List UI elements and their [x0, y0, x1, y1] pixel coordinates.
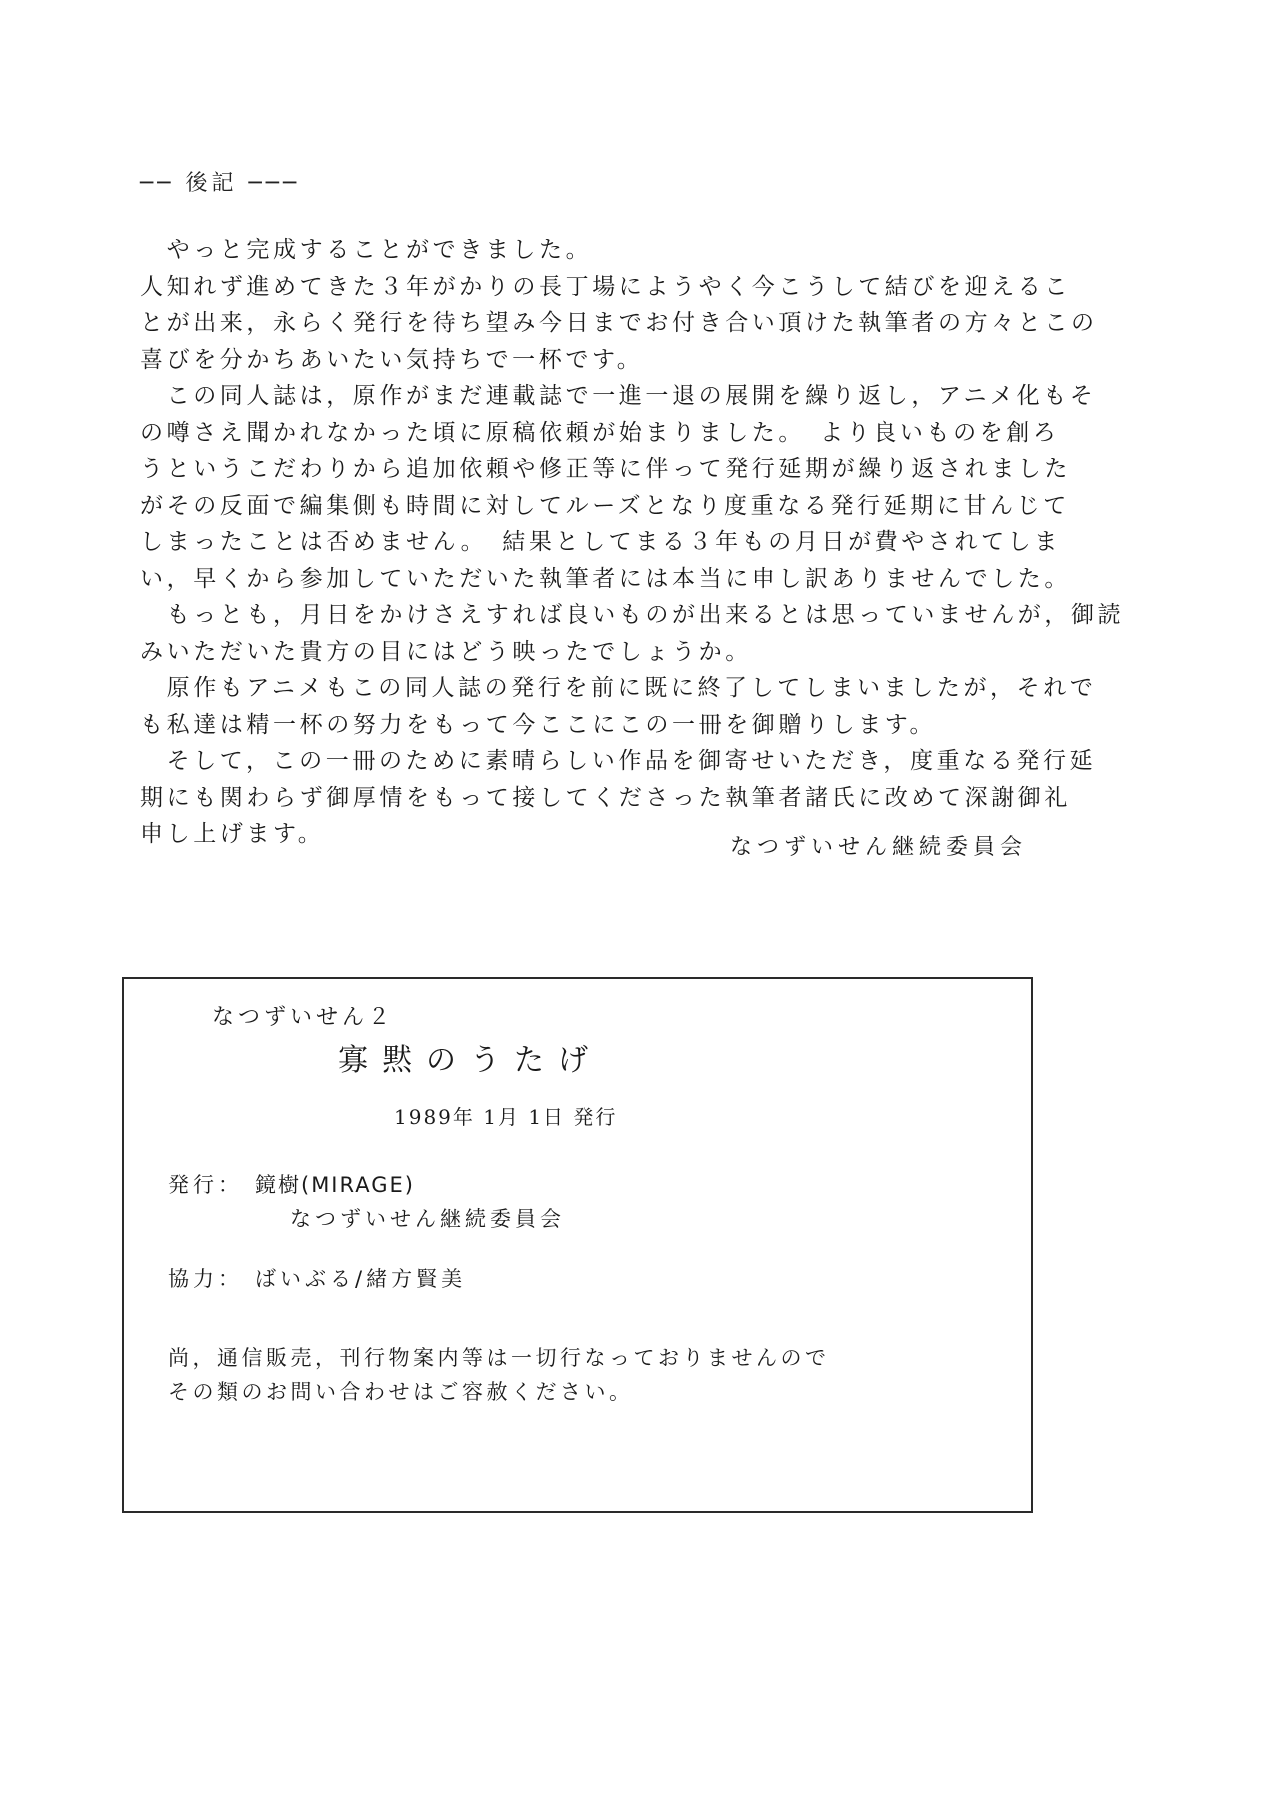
book-title: 寡黙のうたげ	[338, 1035, 602, 1079]
document-page: ── 後記 ─── やっと完成することができました。 人知れず進めてきた３年がか…	[0, 0, 1280, 1819]
afterword-heading: ── 後記 ───	[140, 166, 300, 197]
body-line: そして，この一冊のために素晴らしい作品を御寄せいただき，度重なる発行延	[140, 743, 1220, 780]
series-name: なつずいせん２	[212, 1000, 394, 1031]
notice-text: 尚，通信販売，刊行物案内等は一切行なっておりませんので その類のお問い合わせはご…	[168, 1341, 830, 1409]
colophon-box: なつずいせん２ 寡黙のうたげ 1989年 1月 1日 発行 発行： 鏡樹(MIR…	[122, 977, 1033, 1513]
publisher-committee: なつずいせん継続委員会	[290, 1203, 565, 1233]
body-line: みいただいた貴方の目にはどう映ったでしょうか。	[140, 634, 1220, 671]
body-line: 期にも関わらず御厚情をもって接してくださった執筆者諸氏に改めて深謝御礼	[140, 780, 1220, 817]
body-line: も私達は精一杯の努力をもって今ここにこの一冊を御贈りします。	[140, 707, 1220, 744]
afterword-body: やっと完成することができました。 人知れず進めてきた３年がかりの長丁場にようやく…	[140, 232, 1220, 853]
body-line: 原作もアニメもこの同人誌の発行を前に既に終了してしまいましたが，それで	[140, 670, 1220, 707]
body-line: 人知れず進めてきた３年がかりの長丁場にようやく今こうして結びを迎えるこ	[140, 269, 1220, 306]
notice-line: 尚，通信販売，刊行物案内等は一切行なっておりませんので	[168, 1341, 830, 1375]
notice-line: その類のお問い合わせはご容赦ください。	[168, 1375, 830, 1409]
body-line: がその反面で編集側も時間に対してルーズとなり度重なる発行延期に甘んじて	[140, 488, 1220, 525]
body-line: うというこだわりから追加依頼や修正等に伴って発行延期が繰り返されました	[140, 451, 1220, 488]
body-line: 申し上げます。	[140, 816, 1220, 853]
publisher-label: 発行：	[168, 1169, 243, 1199]
body-line: の噂さえ聞かれなかった頃に原稿依頼が始まりました。 より良いものを創ろ	[140, 415, 1220, 452]
afterword-signature: なつずいせん継続委員会	[730, 830, 1027, 861]
publication-date: 1989年 1月 1日 発行	[394, 1101, 617, 1130]
body-line: この同人誌は，原作がまだ連載誌で一進一退の展開を繰り返し，アニメ化もそ	[140, 378, 1220, 415]
body-line: しまったことは否めません。 結果としてまる３年もの月日が費やされてしま	[140, 524, 1220, 561]
cooperation-label: 協力：	[168, 1263, 243, 1293]
body-line: やっと完成することができました。	[140, 232, 1220, 269]
body-line: 喜びを分かちあいたい気持ちで一杯です。	[140, 342, 1220, 379]
body-line: い，早くから参加していただいた執筆者には本当に申し訳ありませんでした。	[140, 561, 1220, 598]
body-line: もっとも，月日をかけさえすれば良いものが出来るとは思っていませんが，御読	[140, 597, 1220, 634]
publisher-name: 鏡樹(MIRAGE)	[255, 1169, 415, 1199]
body-line: とが出来，永らく発行を待ち望み今日までお付き合い頂けた執筆者の方々とこの	[140, 305, 1220, 342]
cooperation-value: ばいぶる/緒方賢美	[255, 1263, 466, 1293]
